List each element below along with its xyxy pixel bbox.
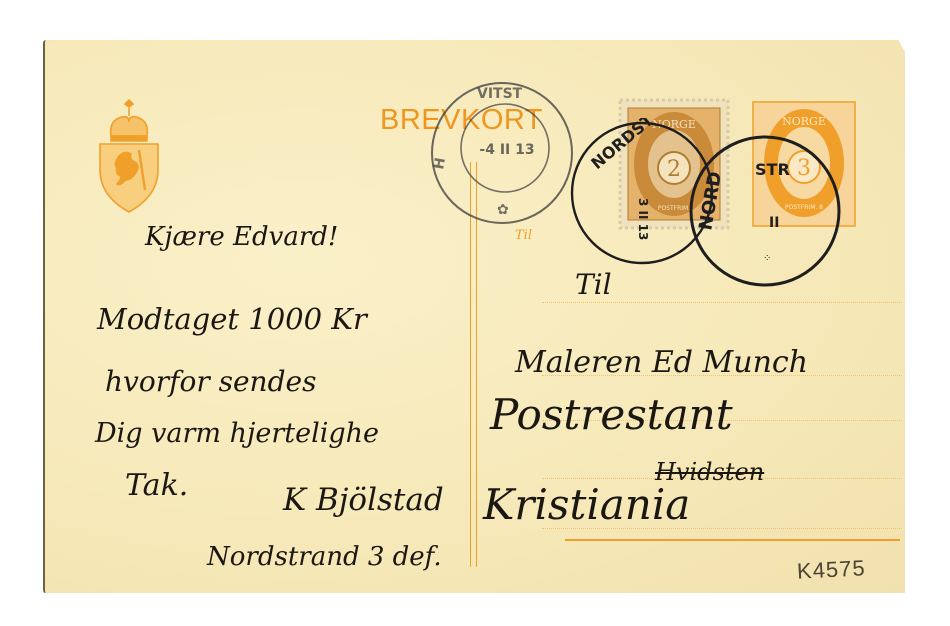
address-line [542, 302, 902, 303]
svg-text:NORGE: NORGE [782, 115, 826, 128]
message-line: hvorfor sendes [105, 365, 316, 398]
svg-text:-4 II 13: -4 II 13 [479, 142, 534, 158]
svg-text:STR: STR [755, 160, 790, 179]
svg-text:VITST: VITST [477, 86, 523, 102]
postmark-nordstrand: NORD STR II ⁘ [685, 131, 845, 291]
postmark-hvitsten: -4 II 13 H VITST ✿ [427, 78, 577, 228]
recipient-address: Postrestant [490, 390, 733, 439]
address-prefix: Til [515, 228, 532, 243]
recipient-city: Kristiania [483, 480, 690, 529]
archive-number: K4575 [796, 555, 866, 585]
recipient-name: Maleren Ed Munch [515, 345, 808, 380]
svg-text:3 II 13: 3 II 13 [636, 198, 650, 240]
signature: K Bjölstad [283, 482, 444, 518]
address-underline [565, 539, 900, 541]
message-line: Dig varm hjertelighe [95, 418, 379, 449]
svg-text:⁘: ⁘ [763, 253, 771, 264]
sender-address: Nordstrand 3 def. [207, 542, 442, 572]
message-line: Modtaget 1000 Kr [97, 302, 367, 336]
address-line-text: Til [575, 268, 612, 301]
coat-of-arms-icon [97, 98, 161, 214]
postcard: BREVKORT Til 2 NORGE POSTFRIM. 3 NORGE P… [43, 40, 907, 593]
svg-text:NORD: NORD [695, 170, 726, 232]
message-line: Tak. [125, 468, 188, 503]
greeting: Kjære Edvard! [145, 222, 338, 252]
svg-text:✿: ✿ [497, 202, 509, 218]
svg-text:II: II [769, 215, 779, 231]
svg-text:H: H [431, 156, 449, 170]
struck-address: Hvidsten [655, 458, 764, 486]
